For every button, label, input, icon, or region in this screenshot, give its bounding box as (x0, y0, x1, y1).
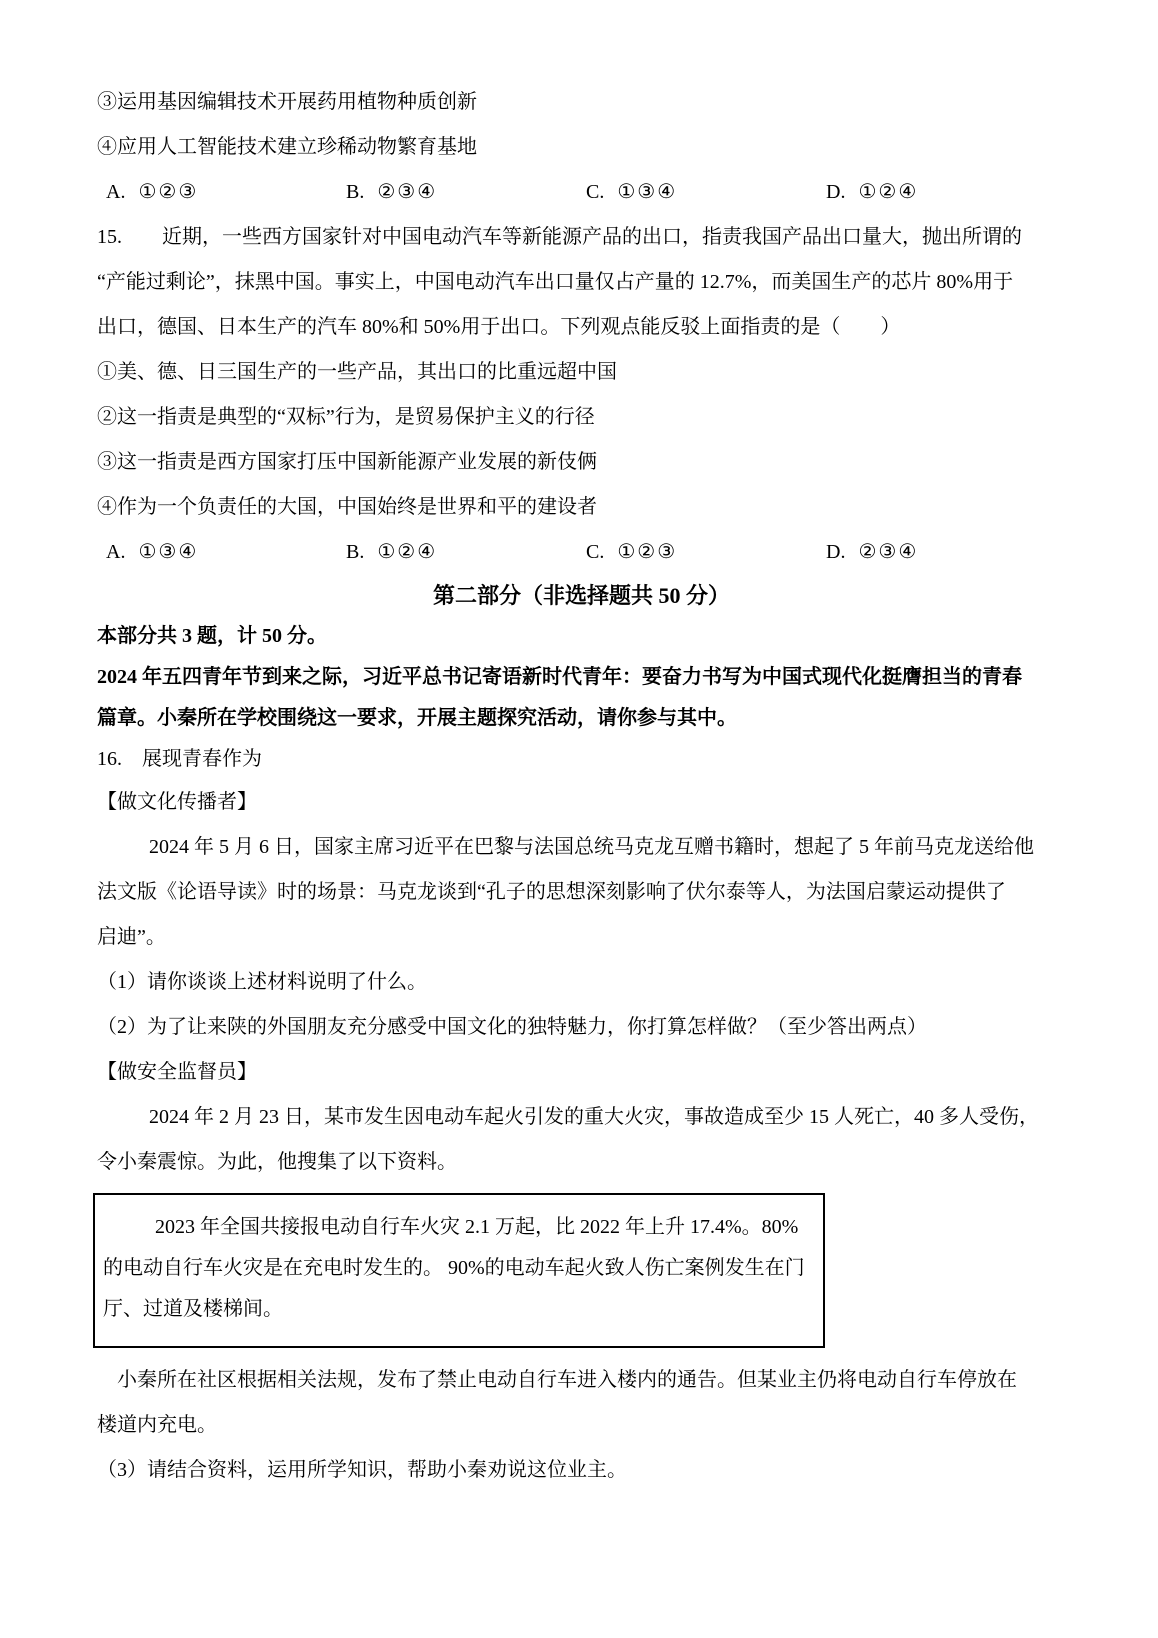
q16-subquestion-3: （3）请结合资料，运用所学知识，帮助小秦劝说这位业主。 (97, 1448, 1066, 1493)
q16-culture-line: 启迪”。 (97, 915, 1066, 960)
q15-stem-line: 出口，德国、日本生产的汽车 80%和 50%用于出口。下列观点能反驳上面指责的是… (97, 305, 1066, 350)
q15-answer-row: A.①③④ B.①②④ C.①②③ D.②③④ (97, 530, 1066, 575)
q14-answer-b: B.②③④ (346, 170, 586, 215)
q15-answer-a: A.①③④ (106, 530, 346, 575)
answer-value: ①②④ (858, 181, 918, 203)
q15-option-1: ①美、德、日三国生产的一些产品，其出口的比重远超中国 (97, 350, 1066, 395)
part2-header: 第二部分（非选择题共 50 分） (97, 575, 1066, 616)
part2-context-line: 篇章。小秦所在学校围绕这一要求，开展主题探究活动，请你参与其中。 (97, 698, 1066, 739)
q16-safety-line: 令小秦震惊。为此，他搜集了以下资料。 (97, 1140, 1066, 1185)
q16-safety-line: 2024 年 2 月 23 日，某市发生因电动车起火引发的重大火灾，事故造成至少… (97, 1095, 1066, 1140)
answer-value: ①②④ (377, 541, 437, 563)
q16-culture-heading: 【做文化传播者】 (97, 780, 1066, 825)
part2-summary: 本部分共 3 题，计 50 分。 (97, 616, 1066, 657)
answer-value: ①③④ (138, 541, 198, 563)
q14-answer-c: C.①③④ (586, 170, 826, 215)
q14-answer-a: A.①②③ (106, 170, 346, 215)
statistics-box: 2023 年全国共接报电动自行车火灾 2.1 万起，比 2022 年上升 17.… (93, 1193, 825, 1348)
q16-subquestion-2: （2）为了让来陕的外国朋友充分感受中国文化的独特魅力，你打算怎样做？（至少答出两… (97, 1005, 1066, 1050)
answer-value: ①②③ (138, 181, 198, 203)
q16-community-line: 楼道内充电。 (97, 1403, 1066, 1448)
q15-option-4: ④作为一个负责任的大国，中国始终是世界和平的建设者 (97, 485, 1066, 530)
q16-culture-line: 2024 年 5 月 6 日，国家主席习近平在巴黎与法国总统马克龙互赠书籍时，想… (97, 825, 1066, 870)
q15-stem-line: 15. 近期，一些西方国家针对中国电动汽车等新能源产品的出口，指责我国产品出口量… (97, 215, 1066, 260)
q16-safety-heading: 【做安全监督员】 (97, 1050, 1066, 1095)
answer-label: B. (346, 541, 364, 563)
exam-content: ③运用基因编辑技术开展药用植物种质创新 ④应用人工智能技术建立珍稀动物繁育基地 … (0, 0, 1158, 1493)
part2-context-line: 2024 年五四青年节到来之际，习近平总书记寄语新时代青年：要奋力书写为中国式现… (97, 657, 1066, 698)
q15-answer-b: B.①②④ (346, 530, 586, 575)
answer-label: D. (826, 541, 845, 563)
answer-label: A. (106, 541, 125, 563)
statistics-box-line: 的电动自行车火灾是在充电时发生的。 90%的电动车起火致人伤亡案例发生在门 (103, 1248, 809, 1289)
answer-label: D. (826, 181, 845, 203)
q16-community-line: 小秦所在社区根据相关法规，发布了禁止电动自行车进入楼内的通告。但某业主仍将电动自… (97, 1358, 1066, 1403)
statistics-box-line: 2023 年全国共接报电动自行车火灾 2.1 万起，比 2022 年上升 17.… (103, 1207, 809, 1248)
exam-page: ③运用基因编辑技术开展药用植物种质创新 ④应用人工智能技术建立珍稀动物繁育基地 … (0, 0, 1158, 1638)
q16-culture-line: 法文版《论语导读》时的场景：马克龙谈到“孔子的思想深刻影响了伏尔泰等人，为法国启… (97, 870, 1066, 915)
q14-option-4: ④应用人工智能技术建立珍稀动物繁育基地 (97, 125, 1066, 170)
answer-value: ①③④ (617, 181, 677, 203)
answer-label: A. (106, 181, 125, 203)
q15-option-3: ③这一指责是西方国家打压中国新能源产业发展的新伎俩 (97, 440, 1066, 485)
statistics-box-line: 厅、过道及楼梯间。 (103, 1289, 809, 1330)
q14-answer-d: D.①②④ (826, 170, 918, 215)
q16-title: 16. 展现青春作为 (97, 739, 1066, 780)
answer-label: C. (586, 181, 604, 203)
q15-stem-line: “产能过剩论”，抹黑中国。事实上，中国电动汽车出口量仅占产量的 12.7%，而美… (97, 260, 1066, 305)
q16-subquestion-1: （1）请你谈谈上述材料说明了什么。 (97, 960, 1066, 1005)
answer-value: ①②③ (617, 541, 677, 563)
answer-value: ②③④ (377, 181, 437, 203)
answer-label: C. (586, 541, 604, 563)
q15-option-2: ②这一指责是典型的“双标”行为，是贸易保护主义的行径 (97, 395, 1066, 440)
answer-label: B. (346, 181, 364, 203)
q15-answer-d: D.②③④ (826, 530, 918, 575)
q14-answer-row: A.①②③ B.②③④ C.①③④ D.①②④ (97, 170, 1066, 215)
q14-option-3: ③运用基因编辑技术开展药用植物种质创新 (97, 80, 1066, 125)
answer-value: ②③④ (858, 541, 918, 563)
q15-answer-c: C.①②③ (586, 530, 826, 575)
